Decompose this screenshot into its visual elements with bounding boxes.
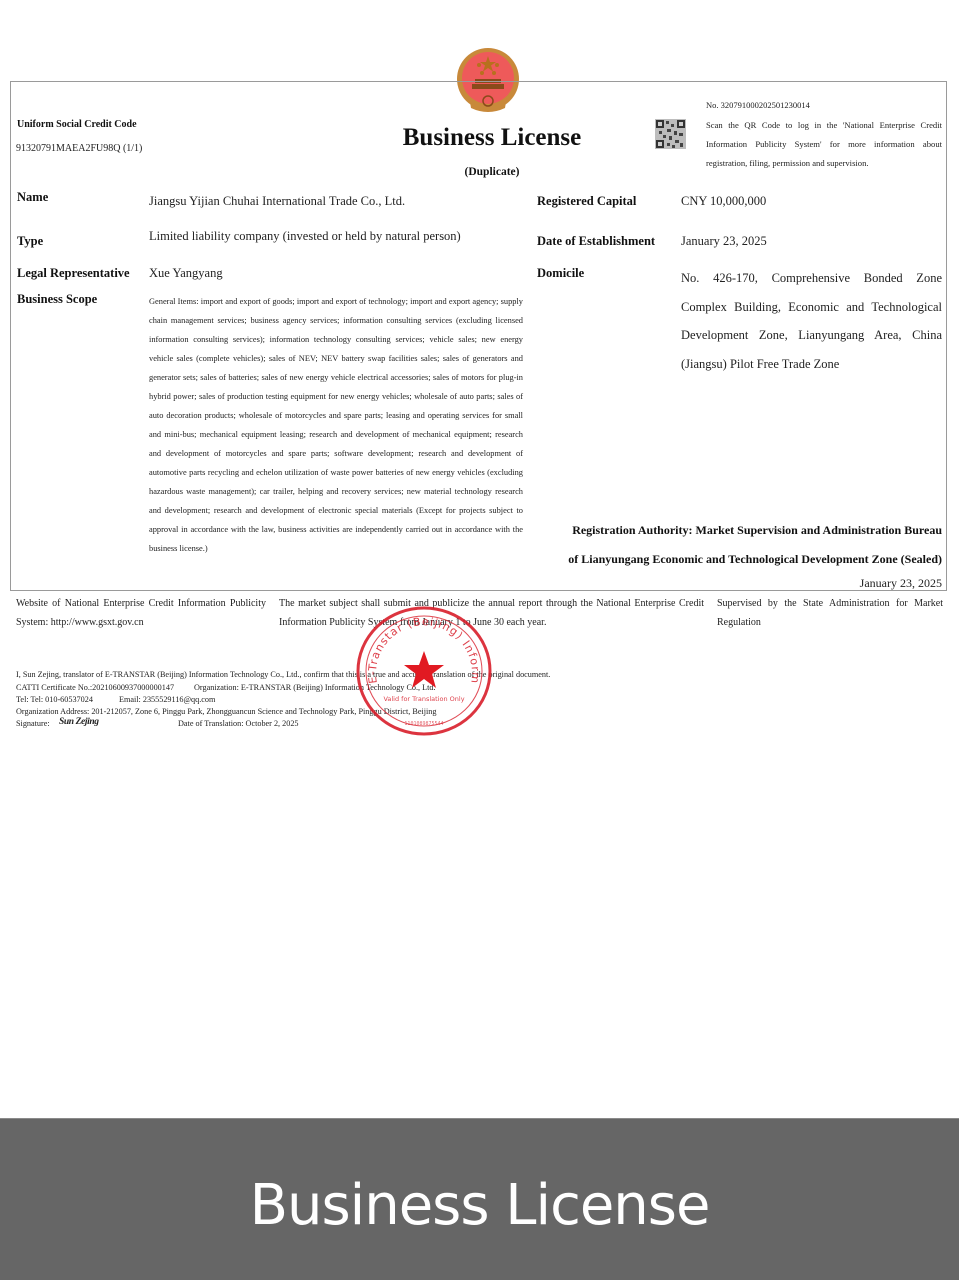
banner-title: Business License (250, 1173, 710, 1238)
date-established-value: January 23, 2025 (681, 234, 767, 249)
translator-signature: Sun Zejing (59, 717, 99, 727)
business-scope-value: General Items: import and export of good… (149, 292, 523, 558)
legal-representative-label: Legal Representative (17, 266, 130, 281)
translation-date: Date of Translation: October 2, 2025 (178, 719, 299, 728)
type-value: Limited liability company (invested or h… (149, 229, 461, 244)
svg-text:1101089875544: 1101089875544 (404, 721, 443, 727)
type-label: Type (17, 234, 43, 249)
document-subtitle: (Duplicate) (430, 166, 554, 178)
catti-certificate: CATTI Certificate No.:202106009370000001… (16, 683, 174, 692)
registered-capital-label: Registered Capital (537, 194, 636, 209)
translator-tel: Tel: Tel: 010-60537024 (16, 695, 93, 704)
license-number: No. 320791000202501230014 (706, 100, 810, 110)
translator-email: Email: 2355529116@qq.com (119, 695, 215, 704)
registered-capital-value: CNY 10,000,000 (681, 194, 766, 209)
caption-banner: Business License (0, 1118, 959, 1280)
domicile-label: Domicile (537, 266, 584, 281)
date-established-label: Date of Establishment (537, 234, 655, 249)
name-label: Name (17, 190, 48, 205)
name-value: Jiangsu Yijian Chuhai International Trad… (149, 194, 405, 209)
supervision-note: Supervised by the State Administration f… (717, 594, 943, 632)
domicile-value: No. 426-170, Comprehensive Bonded Zone C… (681, 264, 942, 378)
website-note: Website of National Enterprise Credit In… (16, 594, 266, 632)
document-title: Business License (380, 124, 604, 152)
signature-label: Signature: (16, 719, 50, 728)
translation-seal-icon: E-Transtar (Beijing) Information Technol… (355, 605, 493, 737)
registration-authority-line2: of Lianyungang Economic and Technologica… (538, 552, 942, 567)
authority-date: January 23, 2025 (780, 576, 942, 591)
legal-representative-value: Xue Yangyang (149, 266, 223, 281)
credit-code-value: 91320791MAEA2FU98Q (1/1) (16, 143, 142, 154)
business-scope-label: Business Scope (17, 292, 97, 307)
credit-code-label: Uniform Social Credit Code (17, 119, 137, 130)
registration-authority-line1: Registration Authority: Market Supervisi… (540, 523, 942, 538)
qr-code-icon[interactable] (655, 119, 686, 149)
qr-code-note: Scan the QR Code to log in the 'National… (706, 116, 942, 173)
svg-text:Valid for Translation Only: Valid for Translation Only (383, 695, 464, 703)
